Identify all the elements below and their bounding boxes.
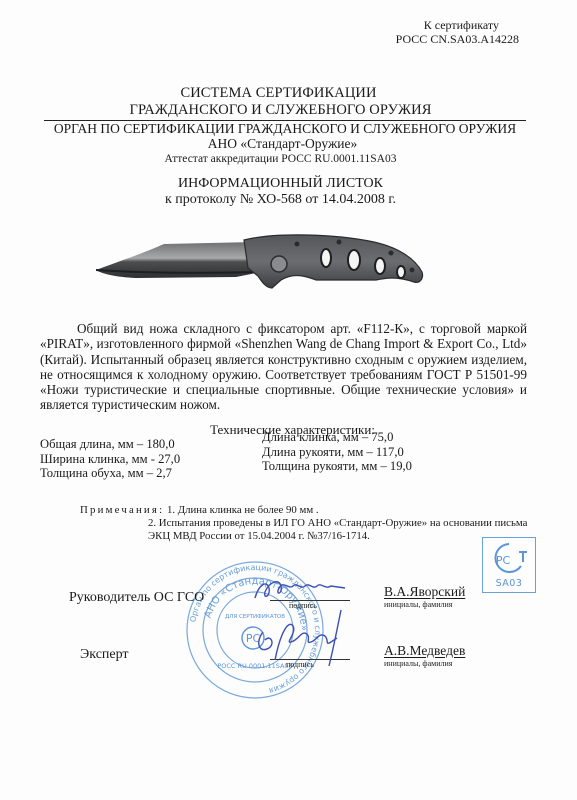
name-caption: инициалы, фамилия — [384, 659, 452, 668]
signatory-name-expert: А.В.Медведев — [384, 643, 465, 658]
note-item: 1. Длина клинка не более 90 мм . — [167, 504, 319, 516]
product-description: Общий вид ножа складного с фиксатором ар… — [40, 321, 527, 413]
specs-right-column: Длина клинка, мм – 75,0 Длина рукояти, м… — [262, 430, 412, 474]
spec-item: Толщина рукояти, мм – 19,0 — [262, 459, 412, 474]
signatory-role-head: Руководитель ОС ГСО — [69, 590, 204, 606]
signatory-name-head: В.А.Яворский — [384, 584, 465, 599]
spec-item: Толщина обуха, мм – 2,7 — [40, 466, 180, 481]
specs-left-column: Общая длина, мм – 180,0 Ширина клинка, м… — [40, 437, 180, 481]
note-item: 2. Испытания проведены в ИЛ ГО АНО «Стан… — [80, 517, 527, 530]
notes-section: Примечания: 1. Длина клинка не более 90 … — [80, 504, 527, 544]
handwritten-signatures — [245, 570, 365, 680]
system-title-line2: ГРАЖДАНСКОГО И СЛУЖЕБНОГО ОРУЖИЯ — [0, 102, 569, 119]
system-title-line1: СИСТЕМА СЕРТИФИКАЦИИ — [0, 85, 567, 102]
notes-label: Примечания: — [80, 504, 164, 516]
spec-item: Длина рукояти, мм – 117,0 — [262, 445, 412, 460]
protocol-reference: к протоколу № ХО-568 от 14.04.2008 г. — [0, 192, 569, 208]
knife-photo — [96, 222, 426, 292]
spec-item: Общая длина, мм – 180,0 — [40, 437, 180, 452]
mark-code: SA03 — [483, 578, 535, 589]
organization-name: АНО «Стандарт-Оружие» — [0, 136, 571, 152]
accreditation-number: Аттестат аккредитации РОСС RU.0001.11SA0… — [0, 152, 569, 166]
note-item: ЭКЦ МВД России от 15.04.2004 г. №37/16-1… — [80, 530, 527, 543]
certification-organ: ОРГАН ПО СЕРТИФИКАЦИИ ГРАЖДАНСКОГО И СЛУ… — [44, 121, 526, 137]
spec-item: Длина клинка, мм – 75,0 — [262, 430, 412, 445]
conformity-mark: РС SA03 — [482, 537, 536, 593]
name-caption: инициалы, фамилия — [384, 600, 452, 609]
document-title: ИНФОРМАЦИОННЫЙ ЛИСТОК — [0, 176, 569, 192]
spec-item: Ширина клинка, мм - 27,0 — [40, 452, 180, 467]
rst-mark-icon: РС — [483, 540, 535, 578]
certificate-reference-number: РОСС CN.SA03.A14228 — [396, 32, 519, 46]
certificate-reference-label: К сертификату — [424, 18, 499, 32]
signatory-role-expert: Эксперт — [80, 647, 129, 663]
mark-symbol: РС — [496, 554, 511, 567]
